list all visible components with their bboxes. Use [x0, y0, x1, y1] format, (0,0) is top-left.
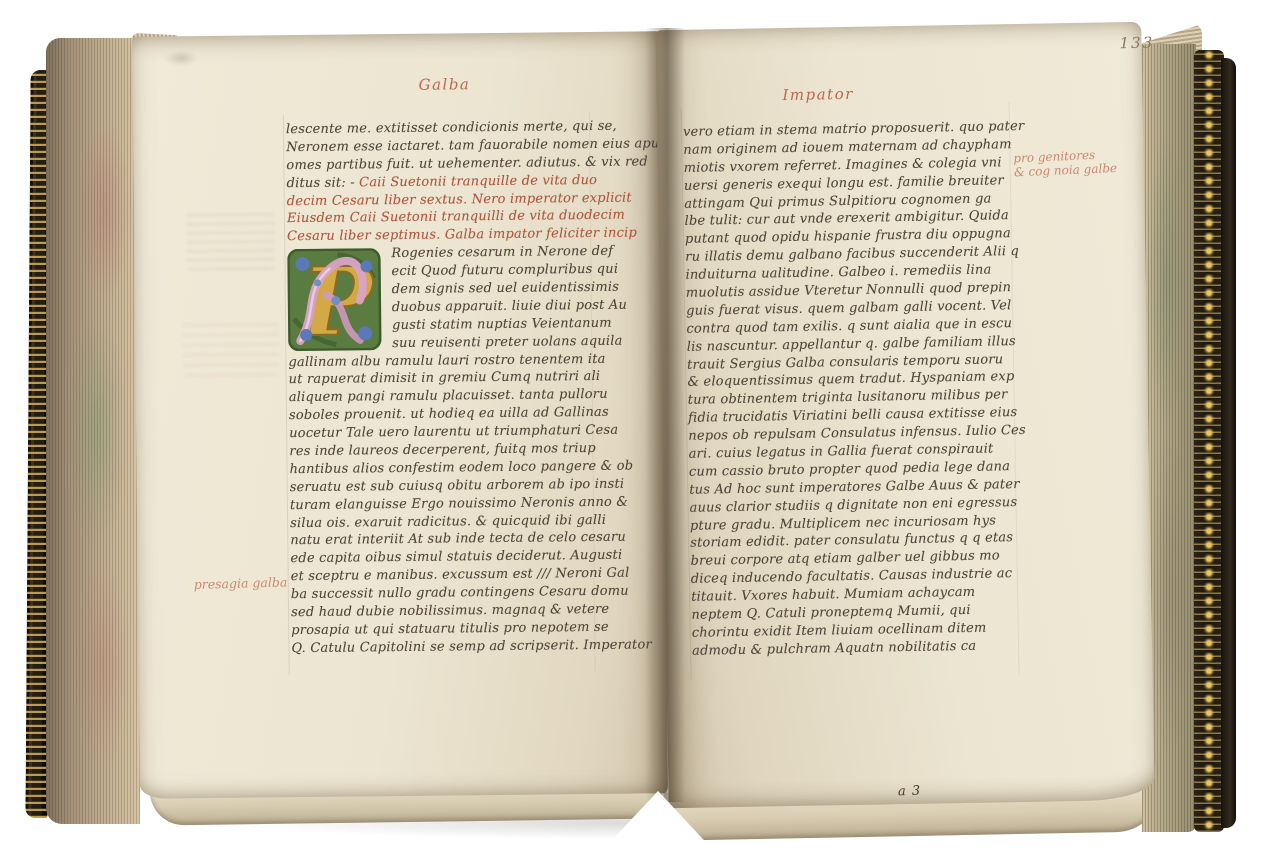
folio-number: 133: [1119, 34, 1154, 53]
board-edge-right: [1221, 58, 1236, 828]
running-header-right: Impator: [782, 85, 854, 104]
ink-text: ditus sit: -: [286, 175, 359, 191]
ink-text: ecit Quod futuru compluribus qui: [391, 262, 618, 279]
show-through-text-smudge: [183, 317, 280, 376]
ink-text: gusti statim nuptias Veientanum: [392, 316, 612, 333]
right-page: 133 Impator pro genitores & cog noia gal…: [655, 22, 1155, 808]
opening-rubric-lines: lescente me. extitisset condicionis mert…: [286, 117, 663, 246]
ink-text: gallinam albu ramulu lauri rostro tenent…: [288, 351, 605, 369]
gold-tooled-board-edge-right: [1194, 50, 1224, 832]
ink-text: silua ois. exaruit radicitus. & quicquid…: [290, 512, 606, 530]
quire-signature: a 3: [898, 784, 922, 800]
illuminated-initial-P: P: [287, 248, 382, 351]
ink-text: aliquem pangi ramulu placuisset. tanta p…: [289, 387, 608, 405]
ink-text: lescente me. extitisset condicionis mert…: [286, 119, 617, 137]
margin-note-right: pro genitores & cog noia galbe: [1013, 147, 1117, 179]
ink-text: Neronem esse iactaret. tam fauorabile no…: [286, 136, 668, 155]
margin-note-left: presagia galba: [194, 574, 288, 592]
rubric-text: Cesaru liber septimus. Galba impator fel…: [287, 226, 637, 245]
ink-text: duobus apparuit. liuie diui post Au: [392, 298, 627, 315]
ink-text: admodu & pulchram Aquatn nobilitatis ca: [692, 639, 976, 659]
left-text-column: lescente me. extitisset condicionis mert…: [286, 117, 668, 658]
ink-text: ut rapuerat dimisit in gremiu Cumq nutri…: [289, 369, 601, 387]
ink-text: ede capita oibus simul statuis deciderut…: [290, 548, 622, 566]
ink-text: omes partibus fuit. ut uehementer. adiut…: [286, 154, 648, 173]
running-header-left: Galba: [418, 75, 470, 94]
manuscript-book-photo: Galba presagia galba lescente me. extiti…: [0, 0, 1280, 860]
ink-text: uocetur Tale uero laurentu ut triumphatu…: [289, 423, 618, 441]
rubric-text: Caii Suetonii tranquille de vita duo: [359, 173, 597, 190]
left-page: Galba presagia galba lescente me. extiti…: [132, 31, 668, 798]
ink-text: dem signis sed uel euidentissimis: [392, 280, 620, 297]
ink-text: soboles prouenit. ut hodieq ea uilla ad …: [289, 405, 609, 423]
ink-text: seruatu est sub cuiusq obitu arborem ab …: [290, 476, 625, 495]
ink-text: Rogenies cesarum in Nerone def: [391, 244, 613, 261]
ink-text: turam elanguisse Ergo nouissimo Neronis …: [290, 494, 628, 513]
body-lines: vero etiam in stema matrio proposuerit. …: [683, 118, 1026, 660]
rubric-text: decim Cesaru liber sextus. Nero imperato…: [287, 190, 632, 209]
ink-text: prosapia ut qui statuaru titulis pro nep…: [291, 620, 609, 638]
show-through-text-smudge: [186, 207, 275, 270]
rubric-text: Eiusdem Caii Suetonii tranquilli de vita…: [287, 208, 625, 227]
ink-text: ba successit nullo gradu contingens Cesa…: [291, 584, 629, 603]
gutter-bottom-notch: [600, 791, 716, 853]
right-text-column: vero etiam in stema matrio proposuerit. …: [683, 118, 1026, 660]
white-vine-initial-art: P: [287, 248, 382, 351]
ink-text: suu reuisenti preter uolans aquila: [392, 333, 622, 350]
show-through-folio-smudge: [164, 50, 198, 66]
ink-text: res inde laureos decerperent, fuitq mos …: [289, 441, 596, 459]
manuscript-line: Q. Catulu Capitolini se semp ad scripser…: [291, 636, 667, 658]
ink-text: hantibus alios confestim eodem loco pang…: [289, 458, 633, 477]
ink-text: sed haud dubie nobilissimus. magnaq & ve…: [291, 602, 609, 620]
marbled-fore-edge-left: [46, 38, 140, 824]
ink-text: et sceptru e manibus. excussum est /// N…: [291, 566, 630, 585]
ink-text: Q. Catulu Capitolini se semp ad scripser…: [291, 637, 652, 656]
ink-text: natu erat interiit At sub inde tecta de …: [290, 530, 626, 549]
body-text-with-initial: P Rogenies cesarum in Nerone defecit Quo…: [287, 242, 667, 657]
